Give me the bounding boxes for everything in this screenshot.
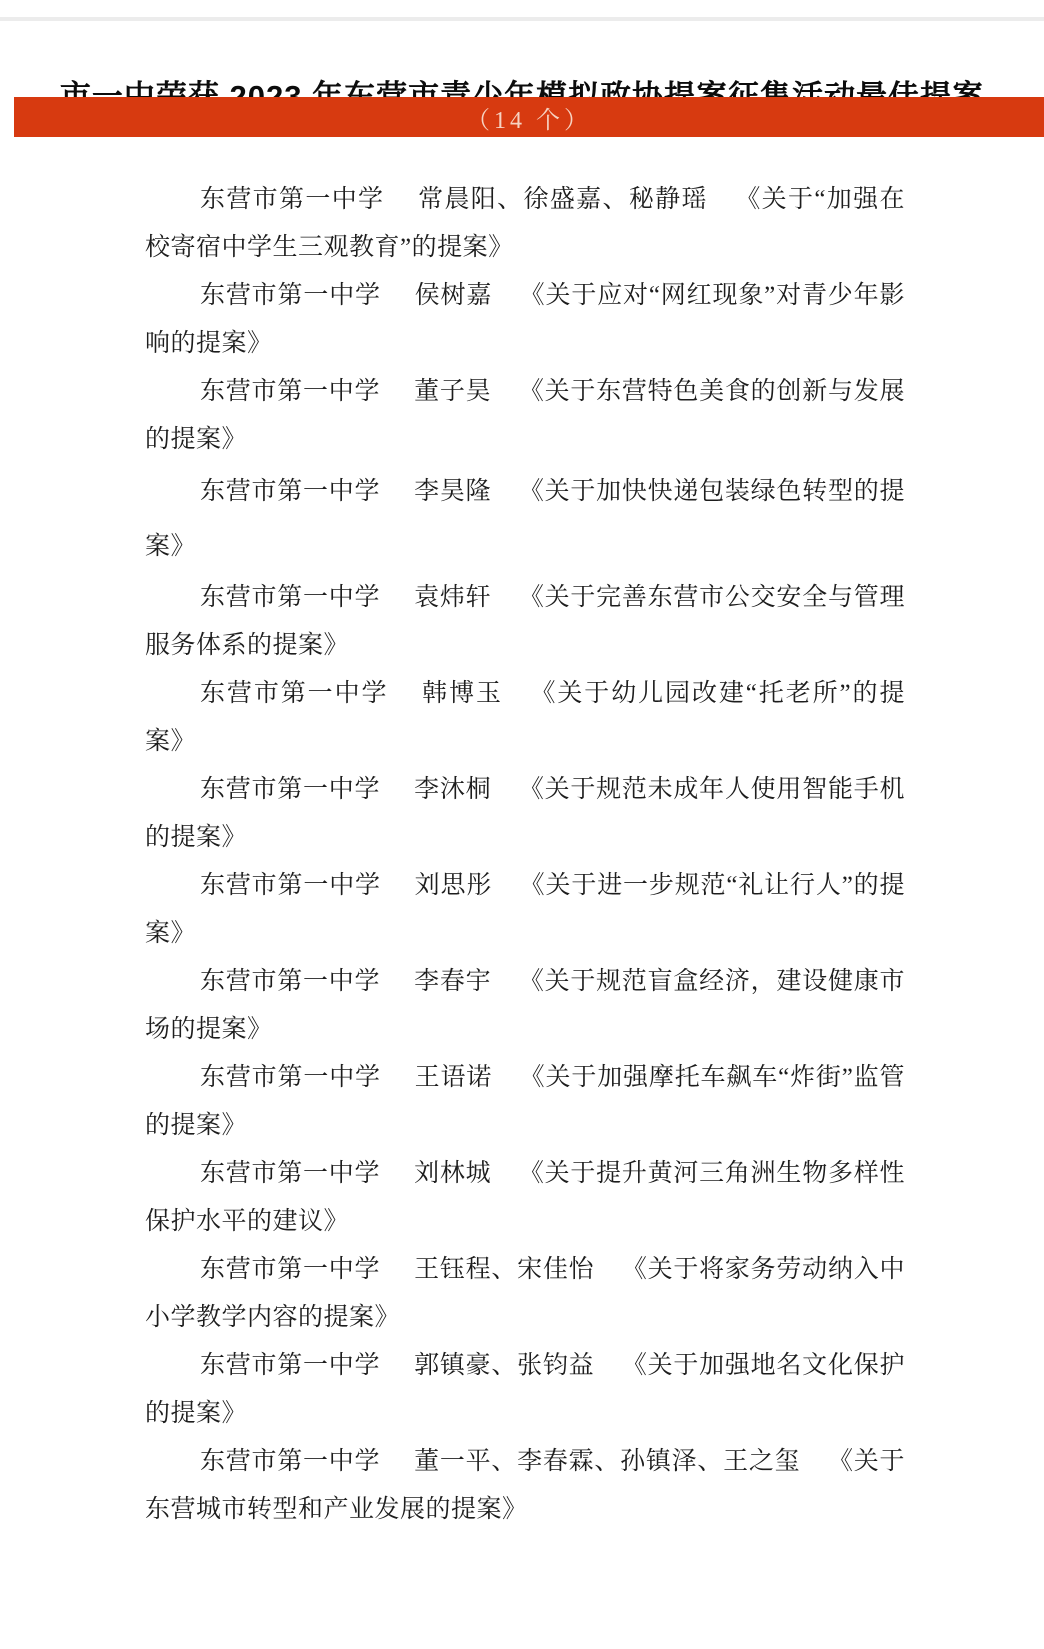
school-name: 东营市第一中学	[200, 776, 380, 803]
school-name: 东营市第一中学	[200, 478, 380, 505]
school-name: 东营市第一中学	[200, 584, 380, 611]
school-name: 东营市第一中学	[200, 282, 381, 309]
proposal-item: 东营市第一中学李沐桐《关于规范未成年人使用智能手机的提案》	[145, 766, 905, 862]
student-names: 董子昊	[414, 378, 491, 405]
count-banner: （14 个）	[14, 97, 1044, 137]
proposal-item: 东营市第一中学李昊隆《关于加快快递包装绿色转型的提案》	[145, 464, 905, 574]
student-names: 常晨阳、徐盛嘉、秘静瑶	[418, 186, 708, 213]
school-name: 东营市第一中学	[200, 1352, 380, 1379]
student-names: 李沐桐	[414, 776, 491, 803]
proposal-list: 东营市第一中学常晨阳、徐盛嘉、秘静瑶《关于“加强在校寄宿中学生三观教育”的提案》…	[145, 176, 905, 1534]
count-banner-label: （14 个）	[466, 100, 592, 135]
student-names: 王钰程、宋佳怡	[414, 1256, 594, 1283]
top-divider	[0, 17, 1044, 21]
school-name: 东营市第一中学	[200, 680, 388, 707]
proposal-item: 东营市第一中学王语诺《关于加强摩托车飙车“炸街”监管的提案》	[145, 1054, 905, 1150]
school-name: 东营市第一中学	[200, 968, 380, 995]
student-names: 刘思彤	[415, 872, 493, 899]
school-name: 东营市第一中学	[200, 1160, 380, 1187]
proposal-item: 东营市第一中学侯树嘉《关于应对“网红现象”对青少年影响的提案》	[145, 272, 905, 368]
student-names: 袁炜轩	[414, 584, 491, 611]
school-name: 东营市第一中学	[200, 186, 384, 213]
proposal-item: 东营市第一中学董子昊《关于东营特色美食的创新与发展的提案》	[145, 368, 905, 464]
school-name: 东营市第一中学	[200, 872, 381, 899]
proposal-item: 东营市第一中学常晨阳、徐盛嘉、秘静瑶《关于“加强在校寄宿中学生三观教育”的提案》	[145, 176, 905, 272]
student-names: 董一平、李春霖、孙镇泽、王之玺	[414, 1448, 800, 1475]
student-names: 李昊隆	[414, 478, 491, 505]
proposal-item: 东营市第一中学李春宇《关于规范盲盒经济，建设健康市场的提案》	[145, 958, 905, 1054]
school-name: 东营市第一中学	[200, 378, 380, 405]
student-names: 侯树嘉	[415, 282, 493, 309]
proposal-item: 东营市第一中学郭镇豪、张钧益《关于加强地名文化保护的提案》	[145, 1342, 905, 1438]
proposal-item: 东营市第一中学刘思彤《关于进一步规范“礼让行人”的提案》	[145, 862, 905, 958]
student-names: 郭镇豪、张钧益	[414, 1352, 594, 1379]
proposal-item: 东营市第一中学刘林城《关于提升黄河三角洲生物多样性保护水平的建议》	[145, 1150, 905, 1246]
school-name: 东营市第一中学	[200, 1256, 380, 1283]
proposal-item: 东营市第一中学董一平、李春霖、孙镇泽、王之玺《关于东营城市转型和产业发展的提案》	[145, 1438, 905, 1534]
document-page: 市一中荣获 2023 年东营市青少年模拟政协提案征集活动最佳提案 （14 个） …	[0, 0, 1044, 1649]
proposal-item: 东营市第一中学韩博玉《关于幼儿园改建“托老所”的提案》	[145, 670, 905, 766]
student-names: 韩博玉	[422, 680, 503, 707]
school-name: 东营市第一中学	[200, 1064, 381, 1091]
proposal-item: 东营市第一中学袁炜轩《关于完善东营市公交安全与管理服务体系的提案》	[145, 574, 905, 670]
student-names: 王语诺	[415, 1064, 493, 1091]
school-name: 东营市第一中学	[200, 1448, 380, 1475]
proposal-item: 东营市第一中学王钰程、宋佳怡《关于将家务劳动纳入中小学教学内容的提案》	[145, 1246, 905, 1342]
student-names: 刘林城	[414, 1160, 491, 1187]
student-names: 李春宇	[414, 968, 491, 995]
